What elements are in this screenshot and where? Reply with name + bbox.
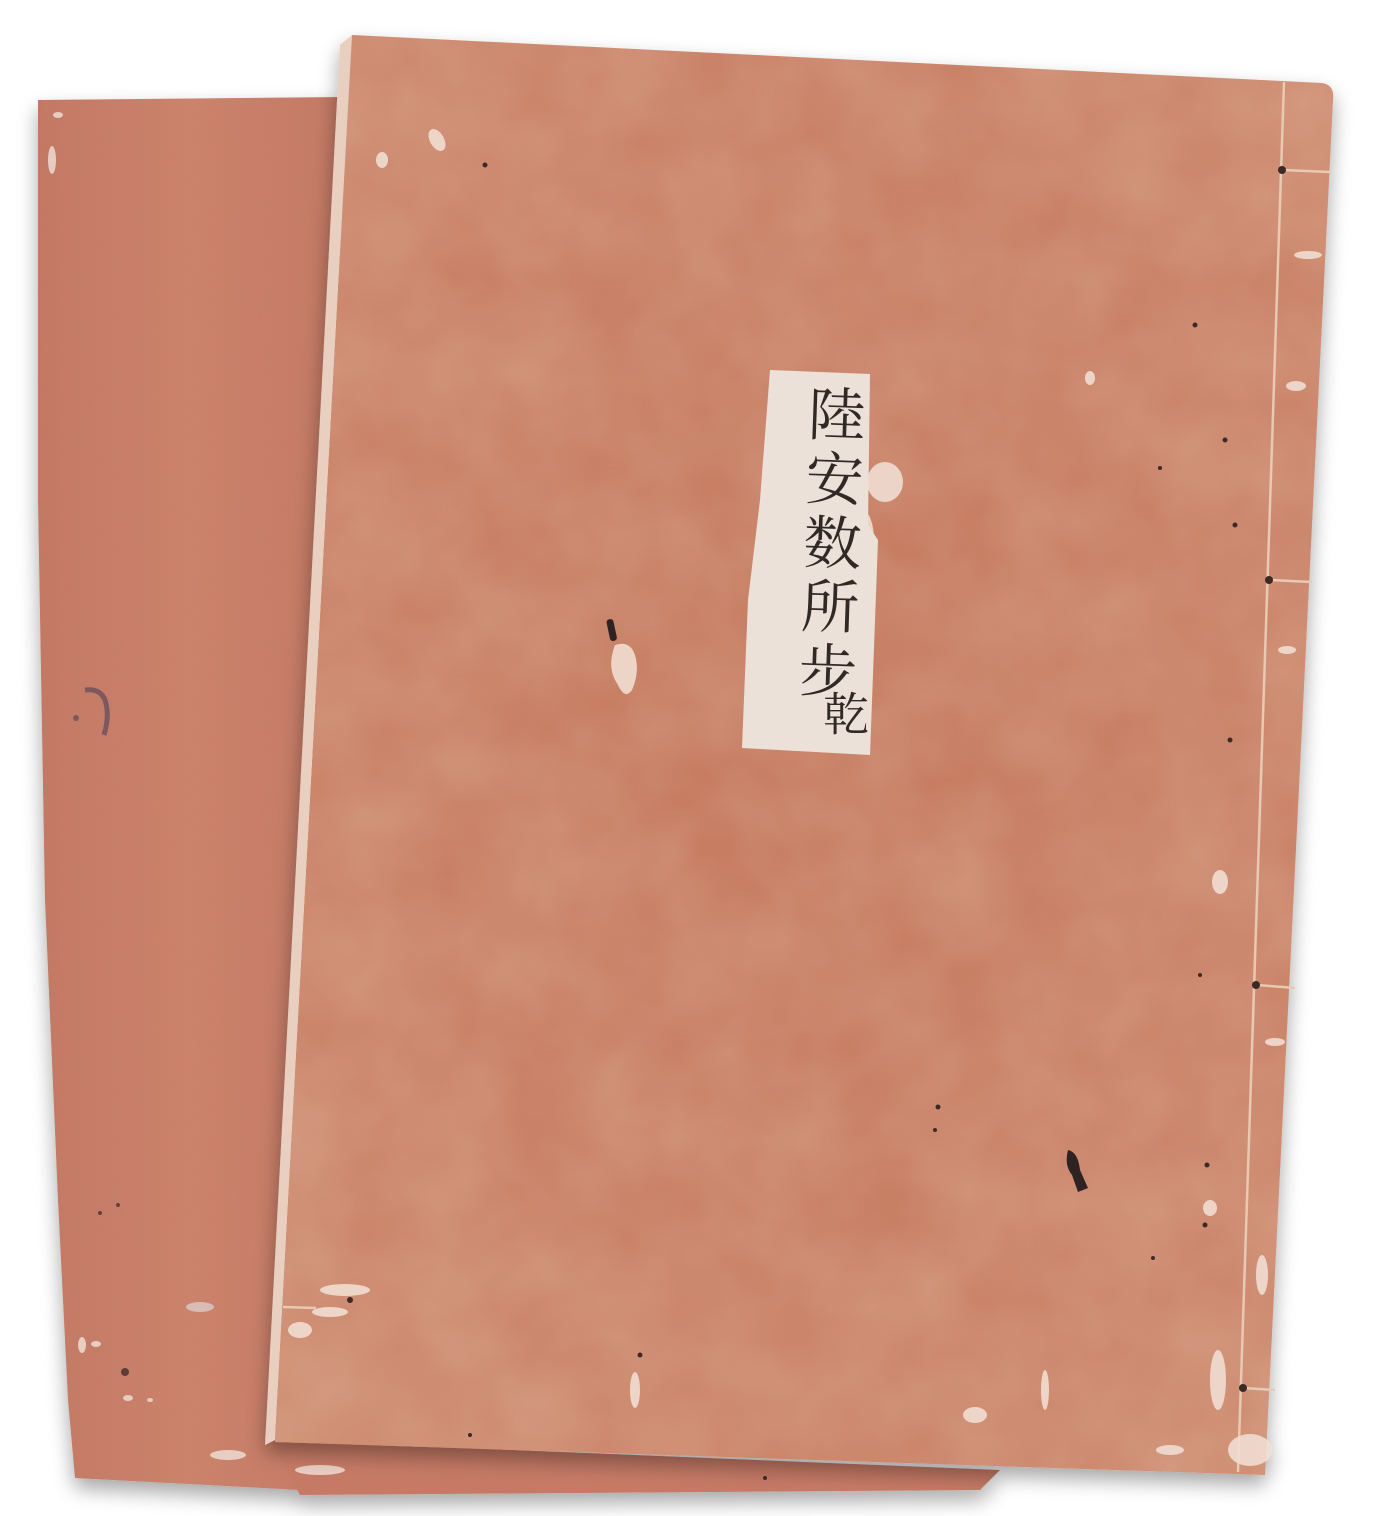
title-label-text: 陸安数所步 [751,382,862,705]
title-label-volume-mark: 乾 [810,690,876,736]
book-photo: 陸安数所步 乾 [0,0,1380,1516]
front-book [265,35,1333,1480]
